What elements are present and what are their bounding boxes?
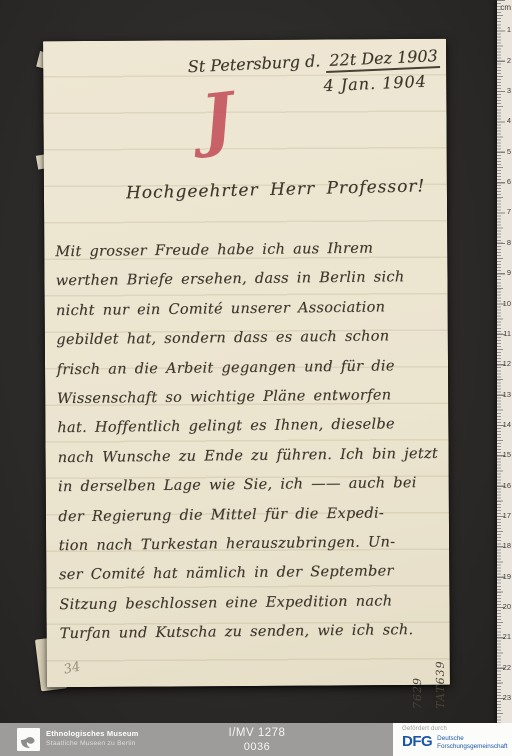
letter-body-line: ser Comité hat nämlich in der September: [59, 557, 442, 591]
letter-body-line: Mit grosser Freude habe ich aus Ihrem: [55, 234, 438, 268]
ruler-number: 7: [507, 208, 511, 216]
letter-body-line: Wissenschaft so wichtige Pläne entworfen: [57, 381, 440, 415]
letter-body-line: hat. Hoffentlich gelingt es Ihnen, diese…: [57, 410, 440, 444]
digitization-footer: Ethnologisches Museum Staatliche Museen …: [0, 723, 512, 756]
letter-page: St Petersburg d. 22t Dez 1903 4 Jan. 190…: [43, 39, 450, 687]
document-id-block: I/MV 1278 0036: [229, 727, 286, 753]
funding-label: Gefördert durch: [402, 726, 512, 732]
letter-place: St Petersburg d.: [187, 51, 320, 76]
ruler-number: 2: [507, 57, 511, 65]
ruler-unit-label: cm: [500, 3, 511, 12]
dfg-logo: DFG Deutsche Forschungsgemeinschaft: [402, 734, 512, 750]
margin-annotation: 7629 TAT639: [410, 544, 447, 709]
ruler-number: 15: [503, 451, 511, 459]
museum-name: Ethnologisches Museum: [46, 729, 139, 738]
letter-body: Mit grosser Freude habe ich aus Ihremwer…: [55, 234, 443, 650]
margin-annotation-code: TAT639: [433, 544, 447, 709]
ruler-number: 9: [507, 269, 511, 277]
document-id: I/MV 1278: [229, 727, 286, 739]
ruler-number: 5: [507, 148, 511, 156]
ruler-number: 22: [503, 664, 511, 672]
scan-page-number: 0036: [229, 741, 286, 753]
letter-salutation: Hochgeehrter Herr Professor!: [126, 176, 426, 203]
letter-body-line: der Regierung die Mittel für die Expedi-: [58, 498, 441, 532]
letter-body-line: nicht nur ein Comité unserer Association: [56, 293, 439, 327]
museum-logo-wave-icon: [17, 728, 40, 751]
letter-body-line: Turfan und Kutscha zu senden, wie ich sc…: [59, 616, 442, 650]
ruler-number: 16: [503, 482, 511, 490]
ruler-number: 17: [503, 512, 511, 520]
ruler-number: 11: [503, 330, 511, 338]
letter-body-line: frisch an die Arbeit gegangen und für di…: [56, 351, 439, 385]
letter-body-line: in derselben Lage wie Sie, ich —— auch b…: [58, 469, 441, 503]
museum-text-block: Ethnologisches Museum Staatliche Museen …: [46, 729, 139, 747]
ruler-number: 6: [507, 178, 511, 186]
letter-body-line: gebildet hat, sondern dass es auch schon: [56, 322, 439, 356]
ruler-number: 20: [503, 603, 511, 611]
dfg-full-name: Deutsche Forschungsgemeinschaft: [437, 735, 507, 750]
ruler-number: 1: [507, 26, 511, 34]
letter-body-line: tion nach Turkestan herauszubringen. Un-: [58, 528, 441, 562]
dfg-name-line2: Forschungsgemeinschaft: [437, 743, 507, 750]
ruler-number: 18: [503, 542, 511, 550]
ruler-number: 3: [507, 87, 511, 95]
ruler-number: 14: [503, 421, 511, 429]
dfg-acronym: DFG: [402, 734, 432, 749]
cm-ruler: cm 1234567891011121314151617181920212223: [497, 0, 512, 723]
ruler-number: 19: [503, 573, 511, 581]
letter-body-line: werthen Briefe ersehen, dass in Berlin s…: [55, 263, 438, 297]
dfg-name-line1: Deutsche: [437, 735, 464, 742]
ruler-number: 21: [503, 633, 511, 641]
letter-body-line: nach Wunsche zu Ende zu führen. Ich bin …: [57, 440, 440, 474]
ruler-number: 12: [503, 360, 511, 368]
ruler-number: 4: [507, 117, 511, 125]
museum-subtitle: Staatliche Museen zu Berlin: [46, 740, 139, 747]
letter-body-line: Sitzung beschlossen eine Expedition nach: [59, 587, 442, 621]
pencil-page-number: 34: [62, 659, 81, 677]
ruler-number: 10: [503, 300, 511, 308]
margin-annotation-number: 7629: [410, 544, 424, 709]
museum-logo: [17, 728, 40, 751]
ruler-number: 13: [503, 391, 511, 399]
ruler-number: 23: [503, 694, 511, 702]
letter-date-old-style: 22t Dez 1903: [325, 46, 440, 73]
ruler-number: 8: [507, 239, 511, 247]
dfg-funding-block: Gefördert durch DFG Deutsche Forschungsg…: [393, 723, 512, 756]
